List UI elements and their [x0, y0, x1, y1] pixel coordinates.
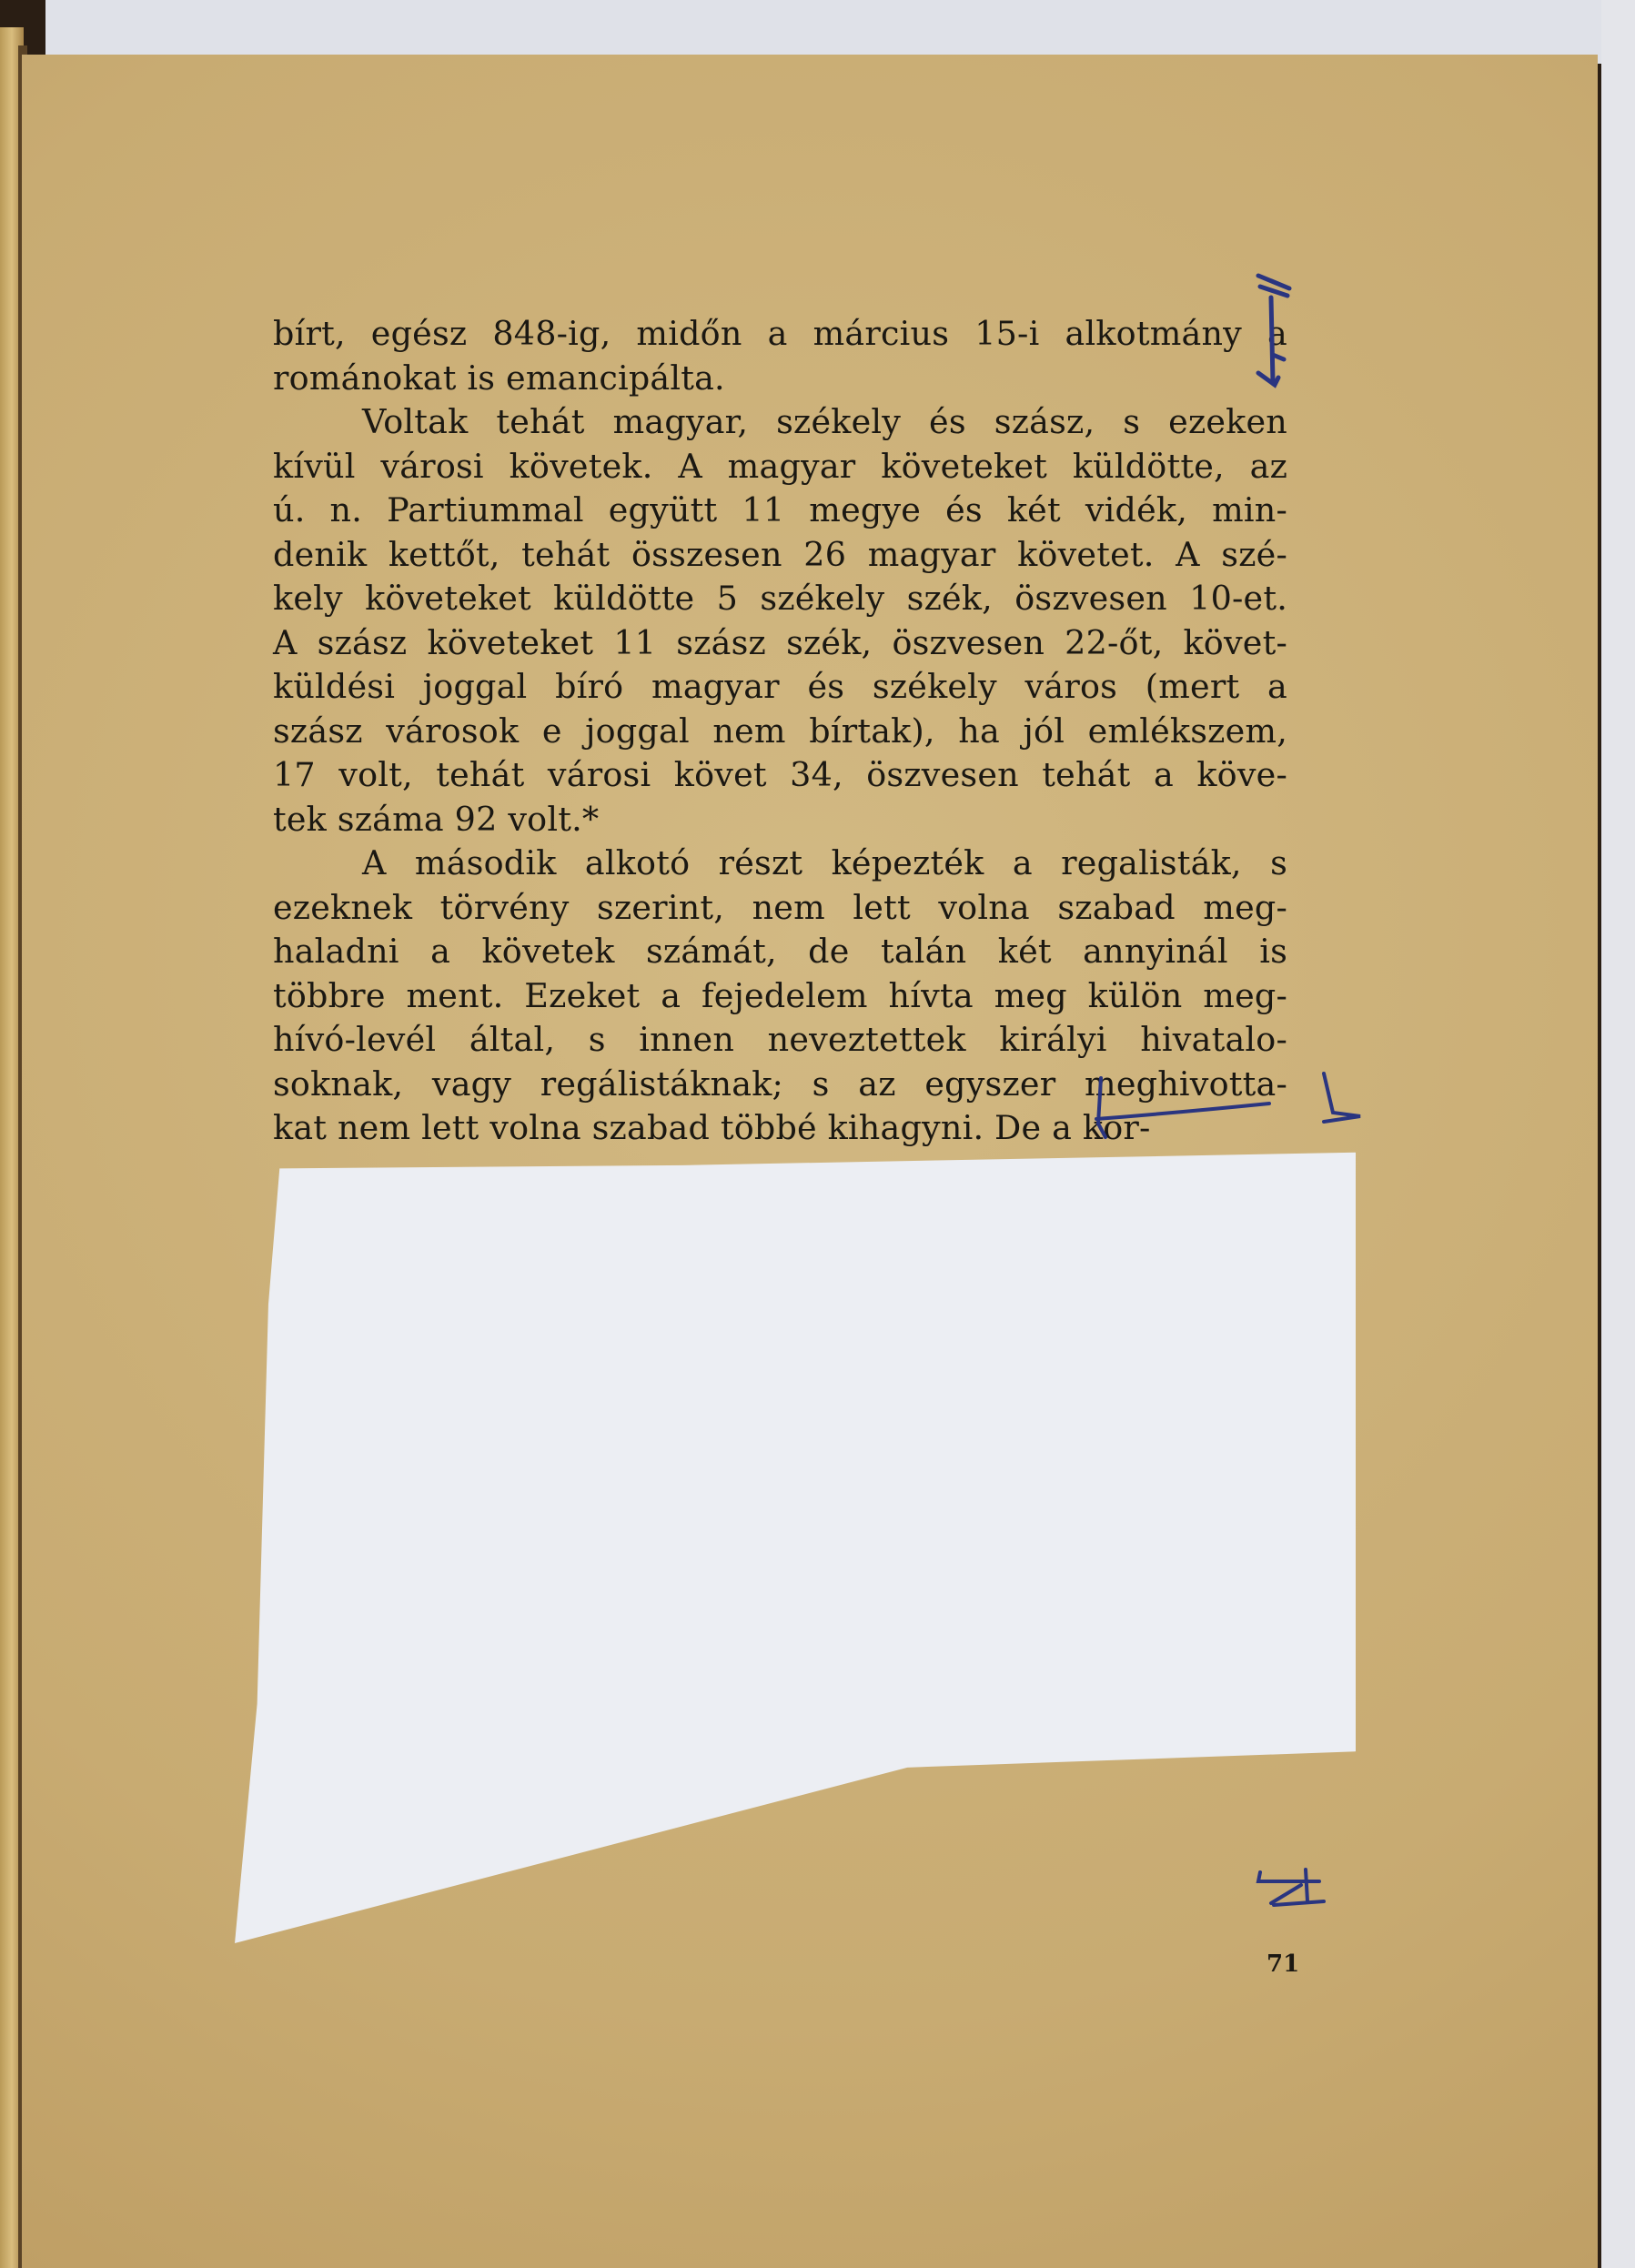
- text-line: bírt, egész 848-ig, midőn a március 15-i…: [273, 312, 1287, 357]
- text-line: románokat is emancipálta.: [273, 357, 1287, 401]
- text-line: küldési joggal bíró magyar és székely vá…: [273, 665, 1287, 710]
- text-line: haladni a követek számát, de talán két a…: [273, 930, 1287, 974]
- text-line: A szász követeket 11 szász szék, öszvese…: [273, 621, 1287, 666]
- text-line: A második alkotó részt képezték a regali…: [273, 842, 1287, 886]
- text-line: Voltak tehát magyar, székely és szász, s…: [273, 400, 1287, 445]
- page-number: 71: [1267, 1950, 1299, 1978]
- text-line: ú. n. Partiummal együtt 11 megye és két …: [273, 489, 1287, 533]
- text-line: denik kettőt, tehát összesen 26 magyar k…: [273, 533, 1287, 578]
- text-line: hívó-levél által, s innen neveztettek ki…: [273, 1018, 1287, 1063]
- handwritten-mark-bottom-icon: [1251, 1865, 1333, 1915]
- text-line: tek száma 92 volt.*: [273, 798, 1287, 842]
- handwritten-bracket-bottom-icon: [1087, 1069, 1388, 1142]
- text-line: kívül városi követek. A magyar követeket…: [273, 445, 1287, 489]
- background-right: [1601, 0, 1635, 2268]
- text-line: 17 volt, tehát városi követ 34, öszvesen…: [273, 753, 1287, 798]
- text-line: kely követeket küldötte 5 székely szék, …: [273, 577, 1287, 621]
- text-line: többre ment. Ezeket a fejedelem hívta me…: [273, 974, 1287, 1019]
- handwritten-bracket-top-icon: [1251, 268, 1306, 396]
- text-line: ezeknek törvény szerint, nem lett volna …: [273, 886, 1287, 931]
- page-text: bírt, egész 848-ig, midőn a március 15-i…: [273, 312, 1287, 1151]
- text-line: szász városok e joggal nem bírtak), ha j…: [273, 710, 1287, 754]
